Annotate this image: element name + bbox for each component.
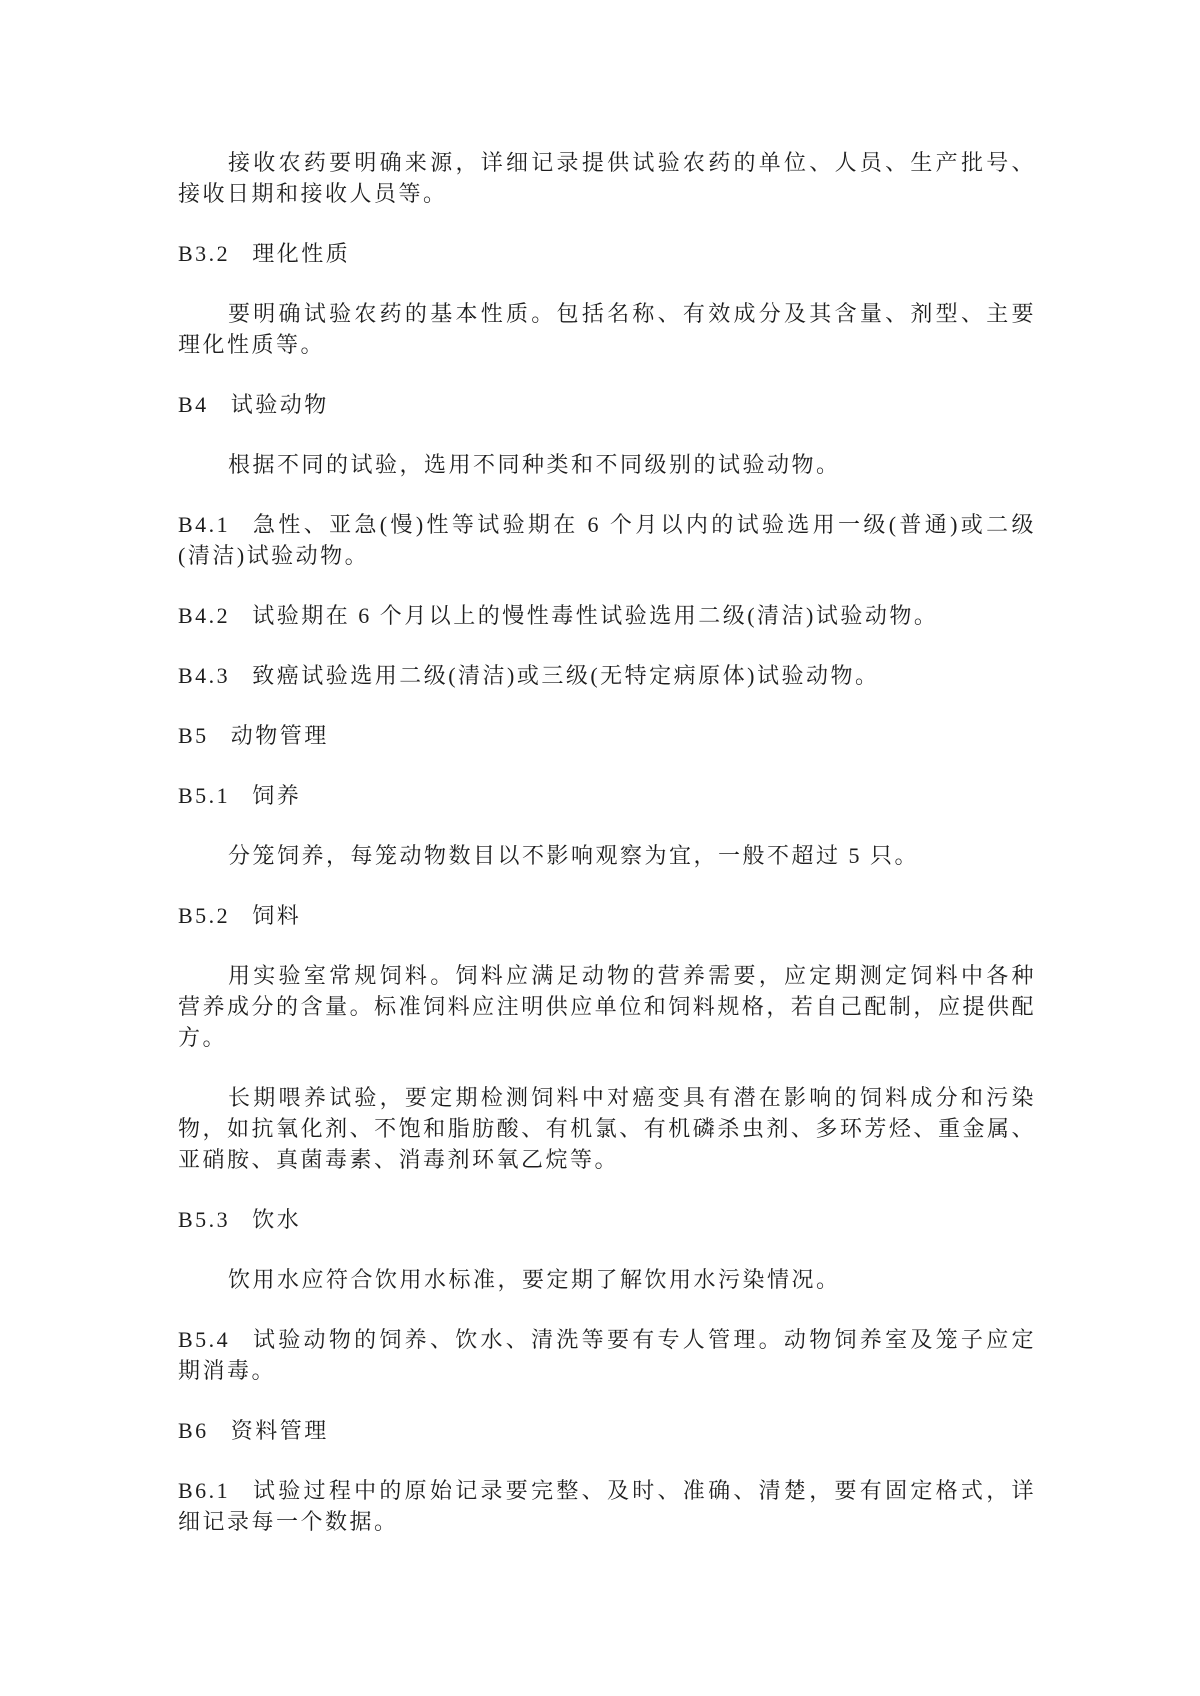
section-heading: B5动物管理 — [178, 720, 1036, 751]
numbered-clause: B4.3致癌试验选用二级(清洁)或三级(无特定病原体)试验动物。 — [178, 660, 1036, 691]
heading-title: 饲养 — [252, 783, 301, 808]
section-heading: B5.2饲料 — [178, 900, 1036, 931]
paragraph: 分笼饲养，每笼动物数目以不影响观察为宜，一般不超过 5 只。 — [178, 840, 1036, 871]
document-page: 接收农药要明确来源，详细记录提供试验农药的单位、人员、生产批号、接收日期和接收人… — [0, 0, 1200, 1696]
heading-title: 试验动物 — [231, 392, 329, 417]
numbered-clause: B4.1急性、亚急(慢)性等试验期在 6 个月以内的试验选用一级(普通)或二级(… — [178, 509, 1036, 571]
numbered-clause: B4.2试验期在 6 个月以上的慢性毒性试验选用二级(清洁)试验动物。 — [178, 600, 1036, 631]
paragraph: 根据不同的试验，选用不同种类和不同级别的试验动物。 — [178, 449, 1036, 480]
paragraph: 用实验室常规饲料。饲料应满足动物的营养需要，应定期测定饲料中各种营养成分的含量。… — [178, 960, 1036, 1053]
clause-text: 试验过程中的原始记录要完整、及时、准确、清楚，要有固定格式，详细记录每一个数据。 — [178, 1478, 1036, 1534]
section-number: B5.4 — [178, 1327, 230, 1352]
section-number: B4.2 — [178, 603, 230, 628]
numbered-clause: B5.4试验动物的饲养、饮水、清洗等要有专人管理。动物饲养室及笼子应定期消毒。 — [178, 1324, 1036, 1386]
heading-title: 饲料 — [252, 903, 301, 928]
section-number: B4.3 — [178, 663, 230, 688]
paragraph: 饮用水应符合饮用水标准，要定期了解饮用水污染情况。 — [178, 1264, 1036, 1295]
section-heading: B4试验动物 — [178, 389, 1036, 420]
section-number: B6 — [178, 1418, 209, 1443]
paragraph: 长期喂养试验，要定期检测饲料中对癌变具有潜在影响的饲料成分和污染物，如抗氧化剂、… — [178, 1082, 1036, 1175]
section-heading: B6资料管理 — [178, 1415, 1036, 1446]
heading-title: 资料管理 — [231, 1418, 329, 1443]
section-heading: B5.3饮水 — [178, 1204, 1036, 1235]
section-heading: B3.2理化性质 — [178, 238, 1036, 269]
clause-text: 急性、亚急(慢)性等试验期在 6 个月以内的试验选用一级(普通)或二级(清洁)试… — [178, 512, 1036, 568]
section-number: B3.2 — [178, 241, 230, 266]
document-content: 接收农药要明确来源，详细记录提供试验农药的单位、人员、生产批号、接收日期和接收人… — [178, 147, 1036, 1537]
section-number: B5.3 — [178, 1207, 230, 1232]
heading-title: 理化性质 — [252, 241, 350, 266]
heading-title: 饮水 — [252, 1207, 301, 1232]
section-number: B4.1 — [178, 512, 230, 537]
clause-text: 试验期在 6 个月以上的慢性毒性试验选用二级(清洁)试验动物。 — [252, 603, 938, 628]
section-number: B5.2 — [178, 903, 230, 928]
clause-text: 试验动物的饲养、饮水、清洗等要有专人管理。动物饲养室及笼子应定期消毒。 — [178, 1327, 1036, 1383]
numbered-clause: B6.1试验过程中的原始记录要完整、及时、准确、清楚，要有固定格式，详细记录每一… — [178, 1475, 1036, 1537]
heading-title: 动物管理 — [231, 723, 329, 748]
section-number: B5 — [178, 723, 209, 748]
section-number: B6.1 — [178, 1478, 230, 1503]
section-heading: B5.1饲养 — [178, 780, 1036, 811]
section-number: B5.1 — [178, 783, 230, 808]
paragraph: 要明确试验农药的基本性质。包括名称、有效成分及其含量、剂型、主要理化性质等。 — [178, 298, 1036, 360]
clause-text: 致癌试验选用二级(清洁)或三级(无特定病原体)试验动物。 — [252, 663, 879, 688]
section-number: B4 — [178, 392, 209, 417]
paragraph: 接收农药要明确来源，详细记录提供试验农药的单位、人员、生产批号、接收日期和接收人… — [178, 147, 1036, 209]
